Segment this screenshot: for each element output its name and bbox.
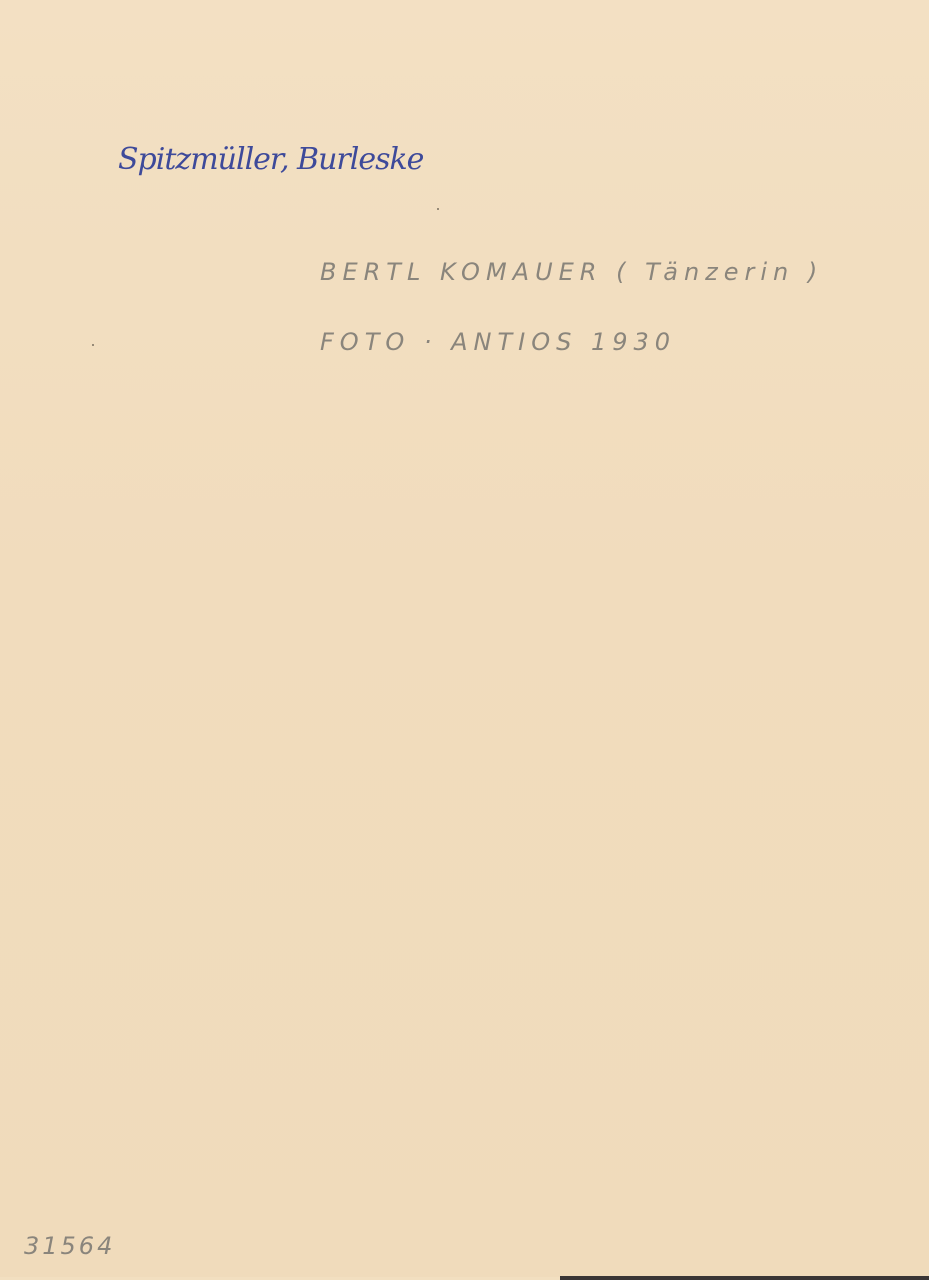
- pencil-note-photo-credit: FOTO · ANTIOS 1930: [320, 328, 676, 356]
- pencil-note-dancer-name: BERTL KOMAUER ( Tänzerin ): [320, 258, 823, 286]
- photo-back-paper: Spitzmüller, Burleske BERTL KOMAUER ( Tä…: [0, 0, 929, 1277]
- archive-number: 31564: [24, 1232, 115, 1260]
- scan-bottom-edge: [560, 1276, 929, 1280]
- paper-speck: [92, 344, 94, 346]
- ink-handwritten-title: Spitzmüller, Burleske: [118, 142, 423, 177]
- paper-speck: [437, 208, 439, 210]
